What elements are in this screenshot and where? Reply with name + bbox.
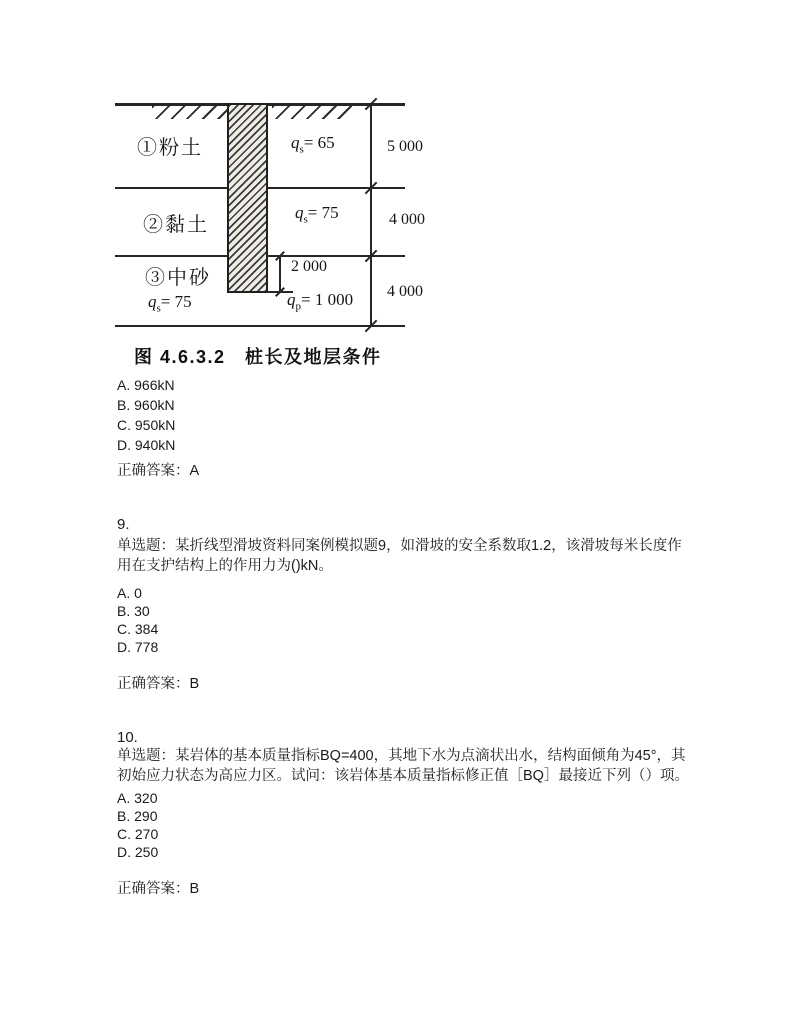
option-a: A. 320 (117, 790, 157, 806)
embedment-dim-label: 2 000 (291, 258, 327, 276)
option-c: C. 950kN (117, 417, 175, 433)
option-b: B. 290 (117, 808, 157, 824)
q-value: = 75 (308, 203, 339, 222)
option-d: D. 250 (117, 844, 158, 860)
option-b: B. 960kN (117, 397, 175, 413)
question-number: 10. (117, 729, 138, 746)
dimension-line (370, 103, 372, 327)
figure-caption: 图 4.6.3.2 桩长及地层条件 (134, 343, 382, 369)
ground-hatch-left (152, 106, 228, 119)
stratum-bottom-line (115, 325, 405, 327)
option-c: C. 270 (117, 826, 158, 842)
answer-text: 正确答案：A (117, 459, 199, 480)
pile-soil-diagram: 2 000 ①粉土 ②黏土 ③中砂 qs= 65 qs= 75 qs= 75 q… (115, 95, 450, 337)
question-number: 9. (117, 516, 130, 533)
question-body: 单选题：某岩体的基本质量指标BQ=400，其地下水为点滴状出水，结构面倾角为45… (117, 746, 695, 786)
q-value: = 1 000 (301, 290, 353, 309)
embedment-dimension-line (279, 256, 281, 293)
q-value: = 65 (304, 133, 335, 152)
answer-text: 正确答案：B (117, 672, 199, 693)
answer-text: 正确答案：B (117, 877, 199, 898)
layer2-qs-label: qs= 75 (295, 203, 339, 225)
q-symbol: q (295, 203, 304, 222)
option-d: D. 940kN (117, 437, 175, 453)
layer3-thickness-label: 4 000 (387, 283, 423, 301)
option-d: D. 778 (117, 639, 158, 655)
layer1-thickness-label: 5 000 (387, 138, 423, 156)
layer1-qs-label: qs= 65 (291, 133, 335, 155)
layer2-thickness-label: 4 000 (389, 211, 425, 229)
question-body: 单选题：某折线型滑坡资料同案例模拟题9，如滑坡的安全系数取1.2，该滑坡每米长度… (117, 536, 695, 576)
q-symbol: q (291, 133, 300, 152)
option-c: C. 384 (117, 621, 158, 637)
q-symbol: q (148, 292, 157, 311)
layer3-qs-label: qs= 75 (148, 292, 192, 314)
layer3-label: ③中砂 (145, 261, 211, 290)
option-a: A. 966kN (117, 377, 175, 393)
layer2-label: ②黏土 (143, 208, 209, 237)
q-symbol: q (287, 290, 296, 309)
q-value: = 75 (161, 292, 192, 311)
pile (227, 103, 268, 293)
layer1-label: ①粉土 (137, 131, 203, 160)
ground-hatch-right (272, 106, 352, 119)
option-b: B. 30 (117, 603, 150, 619)
pile-qp-label: qp= 1 000 (287, 290, 353, 312)
option-a: A. 0 (117, 585, 142, 601)
